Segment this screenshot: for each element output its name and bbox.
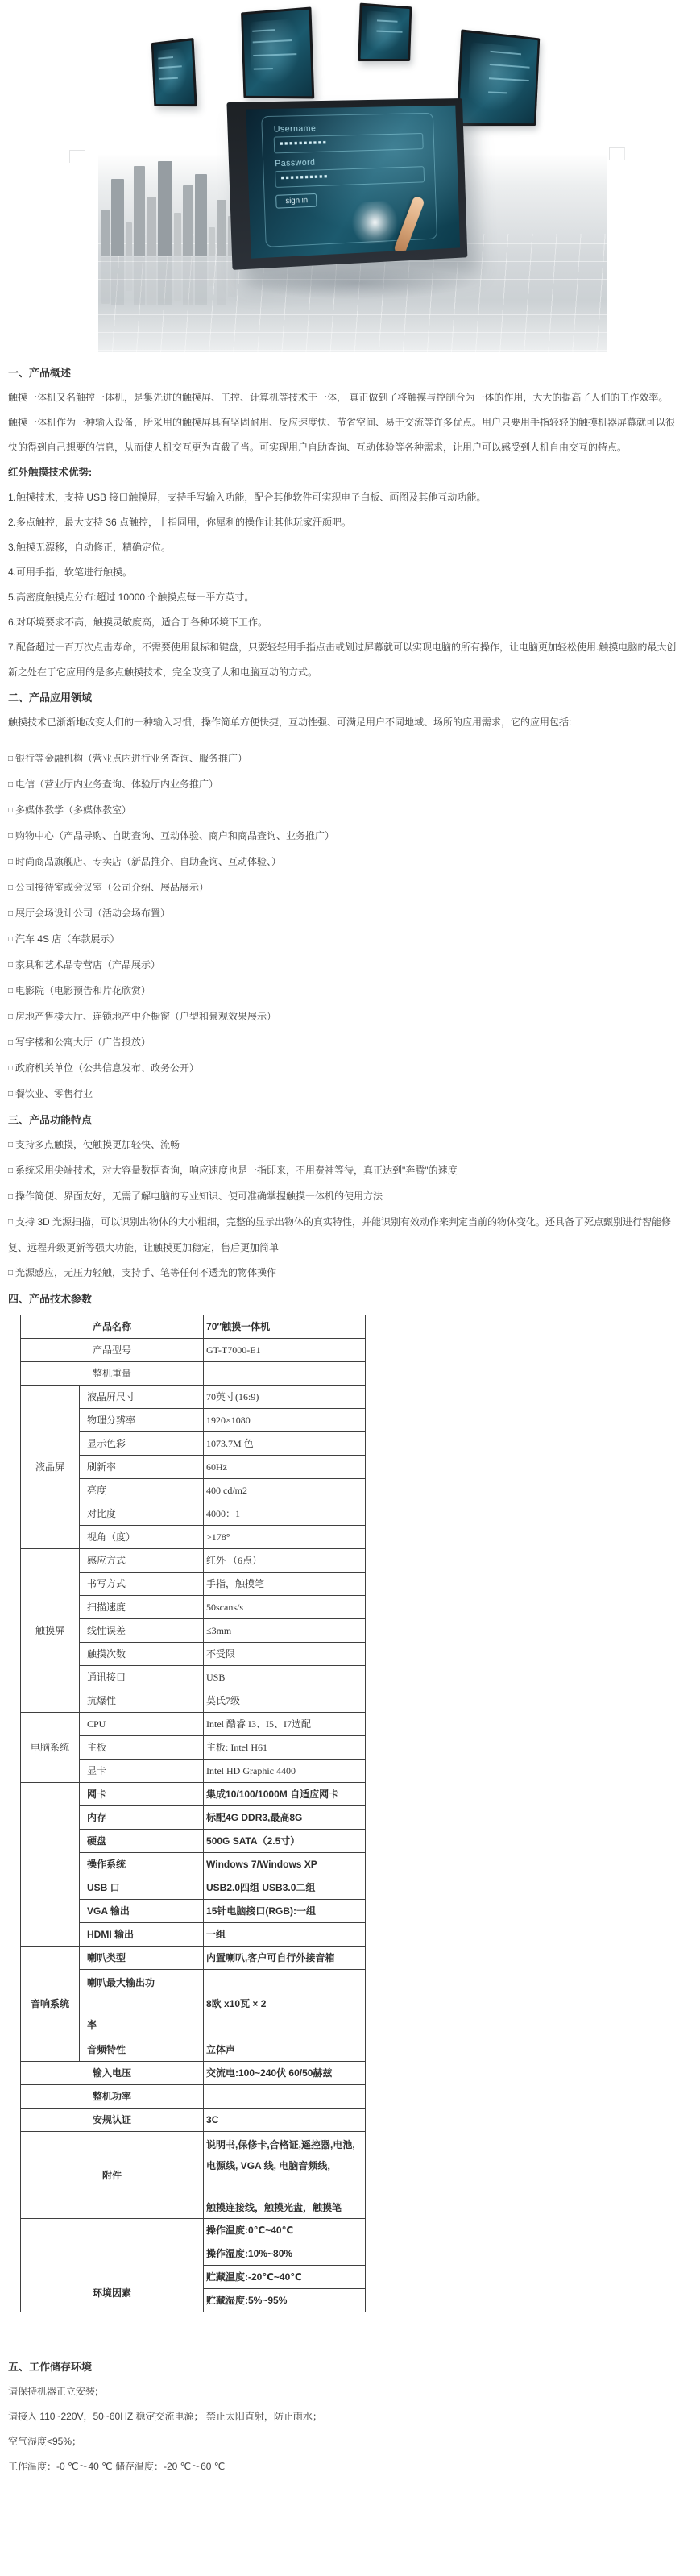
list-item-text: 政府机关单位（公共信息发布、政务公开） xyxy=(15,1062,199,1074)
spec-cell: 8欧 x10瓦 × 2 xyxy=(204,1970,366,2038)
list-item: □支持多点触摸，使触摸更加轻快、流畅 xyxy=(8,1132,677,1158)
spec-cell: 立体声 xyxy=(204,2038,366,2062)
monitor-screen xyxy=(153,40,194,104)
hero-floating-monitor-2 xyxy=(241,6,314,98)
square-bullet-icon: □ xyxy=(8,850,13,875)
spec-cell xyxy=(204,1362,366,1386)
spec-cell: 通讯接口 xyxy=(80,1666,204,1689)
table-row: 附件说明书,保修卡,合格证,遥控器,电池,电源线, VGA 线, 电脑音频线， … xyxy=(21,2132,366,2219)
spec-cell: 贮藏温度:-20℃~40℃ xyxy=(204,2266,366,2289)
list-item-text: 系统采用尖端技术，对大容量数据查询，响应速度也是一指即来，不用费神等待，真正达到… xyxy=(15,1165,458,1176)
list-item-text: 光源感应，无压力轻触，支持手、笔等任何不透光的物体操作 xyxy=(15,1267,276,1278)
list-item-text: 餐饮业、零售行业 xyxy=(15,1088,93,1099)
hero-floating-monitor-4 xyxy=(456,29,540,126)
hero-image: Username ■■■■■■■■■■ Password ■■■■■■■■■■ … xyxy=(0,0,700,352)
spec-cell: 音频特性 xyxy=(80,2038,204,2062)
spec-cell: CPU xyxy=(80,1713,204,1736)
list-item-text: 购物中心（产品导购、自助查询、互动体验、商户和商品查询、业务推广） xyxy=(15,830,334,841)
list-item: □电信（营业厅内业务查询、体验厅内业务推广） xyxy=(8,772,677,798)
city-skyline-reflection xyxy=(101,257,238,305)
hero-floating-monitor-1 xyxy=(151,38,197,106)
list-item-text: 写字楼和公寓大厅（广告投放） xyxy=(15,1037,151,1048)
list-item: □公司接待室或会议室（公司介绍、展品展示） xyxy=(8,875,677,901)
spec-cell: 红外 （6点） xyxy=(204,1549,366,1573)
spec-cell: 环境因素 xyxy=(21,2219,204,2312)
spec-cell: 产品型号 xyxy=(21,1339,204,1362)
list-item-text: 公司接待室或会议室（公司介绍、展品展示） xyxy=(15,882,209,893)
list-item: □银行等金融机构（营业点内进行业务查询、服务推广） xyxy=(8,746,677,772)
spec-cell: 3C xyxy=(204,2109,366,2132)
list-item: 5.高密度触摸点分布:超过 10000 个触摸点每一平方英寸。 xyxy=(8,585,677,610)
spec-cell: USB xyxy=(204,1666,366,1689)
square-bullet-icon: □ xyxy=(8,1261,13,1286)
table-row: 输入电压交流电:100~240伏 60/50赫兹 xyxy=(21,2062,366,2085)
spec-cell: 喇叭类型 xyxy=(80,1947,204,1970)
spec-cell: 莫氏7级 xyxy=(204,1689,366,1713)
hero-main-screen: Username ■■■■■■■■■■ Password ■■■■■■■■■■ … xyxy=(246,106,460,259)
spec-cell: 显卡 xyxy=(80,1760,204,1783)
table-row: 产品型号GT-T7000-E1 xyxy=(21,1339,366,1362)
spec-cell: 70英寸(16:9) xyxy=(204,1386,366,1409)
spec-cell: 对比度 xyxy=(80,1502,204,1526)
spec-cell: 50scans/s xyxy=(204,1596,366,1619)
list-item-text: 电影院（电影预告和片花欣赏） xyxy=(15,985,151,996)
spec-cell: 触摸屏 xyxy=(21,1549,80,1713)
spec-cell: 亮度 xyxy=(80,1479,204,1502)
list-item: □汽车 4S 店（车款展示） xyxy=(8,927,677,953)
sketch-building-right xyxy=(609,147,625,160)
square-bullet-icon: □ xyxy=(8,1184,13,1209)
list-item: 6.对环境要求不高，触摸灵敏度高，适合于各种环境下工作。 xyxy=(8,610,677,635)
spec-cell: VGA 输出 xyxy=(80,1900,204,1923)
signin-button: sign in xyxy=(276,193,317,209)
list-item: □系统采用尖端技术，对大容量数据查询，响应速度也是一指即来，不用费神等待，真正达… xyxy=(8,1158,677,1184)
list-item: □多媒体教学（多媒体教室） xyxy=(8,798,677,824)
square-bullet-icon: □ xyxy=(8,953,13,978)
spec-cell: 安规认证 xyxy=(21,2109,204,2132)
spec-cell: 扫描速度 xyxy=(80,1596,204,1619)
spec-cell: 不受限 xyxy=(204,1643,366,1666)
list-item: □支持 3D 光源扫描，可以识别出物体的大小粗细，完整的显示出物体的真实特性，并… xyxy=(8,1210,677,1261)
list-item-text: 时尚商品旗舰店、专卖店（新品推介、自助查询、互动体验、） xyxy=(15,856,281,867)
touch-glow xyxy=(348,200,402,244)
spec-cell: 视角（度） xyxy=(80,1526,204,1549)
spec-cell: 刷新率 xyxy=(80,1456,204,1479)
table-row: 安规认证3C xyxy=(21,2109,366,2132)
spec-cell: 集成10/100/1000M 自适应网卡 xyxy=(204,1783,366,1806)
spec-cell: Intel 酷睿 I3、I5、I7选配 xyxy=(204,1713,366,1736)
square-bullet-icon: □ xyxy=(8,1132,13,1157)
spec-cell: 液晶屏尺寸 xyxy=(80,1386,204,1409)
hero-floating-monitor-3 xyxy=(358,3,412,61)
list-item: 请接入 110~220V，50~60HZ 稳定交流电源； 禁止太阳直射，防止雨水… xyxy=(8,2404,677,2429)
list-item-text: 操作简便、界面友好，无需了解电脑的专业知识、便可准确掌握触摸一体机的使用方法 xyxy=(15,1190,383,1202)
list-item: 工作温度：-0 ℃～40 ℃ 储存温度：-20 ℃～60 ℃ xyxy=(8,2454,677,2479)
spec-cell: 4000：1 xyxy=(204,1502,366,1526)
spec-cell: Windows 7/Windows XP xyxy=(204,1853,366,1876)
square-bullet-icon: □ xyxy=(8,901,13,926)
password-dots: ■■■■■■■■■■ xyxy=(281,174,329,181)
list-item: 1.触摸技术，支持 USB 接口触摸屏，支持手写输入功能，配合其他软件可实现电子… xyxy=(8,485,677,510)
spec-cell: 70″触摸一体机 xyxy=(204,1315,366,1339)
spec-cell: 输入电压 xyxy=(21,2062,204,2085)
username-field: ■■■■■■■■■■ xyxy=(274,133,424,153)
infrared-advantages-heading: 红外触摸技术优势: xyxy=(8,460,677,485)
spec-cell: 说明书,保修卡,合格证,遥控器,电池,电源线, VGA 线, 电脑音频线， 触摸… xyxy=(204,2132,366,2219)
list-item: □光源感应，无压力轻触，支持手、笔等任何不透光的物体操作 xyxy=(8,1261,677,1286)
spec-cell: 主板: Intel H61 xyxy=(204,1736,366,1760)
monitor-screen xyxy=(360,6,409,59)
square-bullet-icon: □ xyxy=(8,1082,13,1107)
square-bullet-icon: □ xyxy=(8,1158,13,1183)
spec-cell: 60Hz xyxy=(204,1456,366,1479)
square-bullet-icon: □ xyxy=(8,824,13,849)
square-bullet-icon: □ xyxy=(8,798,13,823)
city-skyline xyxy=(101,161,238,256)
table-row: 电脑系统CPUIntel 酷睿 I3、I5、I7选配 xyxy=(21,1713,366,1736)
square-bullet-icon: □ xyxy=(8,875,13,900)
list-item: □房地产售楼大厅、连锁地产中介橱窗（户型和景观效果展示） xyxy=(8,1004,677,1030)
spec-cell: USB 口 xyxy=(80,1876,204,1900)
list-item: □家具和艺术品专营店（产品展示） xyxy=(8,953,677,978)
spec-cell: 整机重量 xyxy=(21,1362,204,1386)
spec-cell: 手指，触摸笔 xyxy=(204,1573,366,1596)
specs-table: 产品名称70″触摸一体机产品型号GT-T7000-E1整机重量液晶屏液晶屏尺寸7… xyxy=(20,1315,366,2312)
spec-cell: 内置喇叭,客户可自行外接音箱 xyxy=(204,1947,366,1970)
spec-cell: 书写方式 xyxy=(80,1573,204,1596)
list-item-text: 支持 3D 光源扫描，可以识别出物体的大小粗细，完整的显示出物体的真实特性，并能… xyxy=(8,1216,671,1253)
spec-cell: 音响系统 xyxy=(21,1947,80,2062)
spec-cell: 一组 xyxy=(204,1923,366,1947)
list-item-text: 电信（营业厅内业务查询、体验厅内业务推广） xyxy=(15,779,218,790)
square-bullet-icon: □ xyxy=(8,927,13,952)
spec-cell xyxy=(21,1783,80,1947)
table-row: 网卡集成10/100/1000M 自适应网卡 xyxy=(21,1783,366,1806)
section-heading-environment: 五、工作储存环境 xyxy=(8,2354,677,2379)
spec-cell: 400 cd/m2 xyxy=(204,1479,366,1502)
spec-cell: Intel HD Graphic 4400 xyxy=(204,1760,366,1783)
list-item-text: 房地产售楼大厅、连锁地产中介橱窗（户型和景观效果展示） xyxy=(15,1011,276,1022)
list-item-text: 家具和艺术品专营店（产品展示） xyxy=(15,959,160,970)
list-item: 4.可用手指，软笔进行触摸。 xyxy=(8,560,677,585)
spec-cell: HDMI 输出 xyxy=(80,1923,204,1947)
section-heading-features: 三、产品功能特点 xyxy=(8,1107,677,1132)
monitor-screen xyxy=(459,32,538,123)
spec-cell: ≤3mm xyxy=(204,1619,366,1643)
environment-lines: 请保持机器正立安装;请接入 110~220V，50~60HZ 稳定交流电源； 禁… xyxy=(8,2379,677,2479)
spec-cell: 标配4G DDR3,最高8G xyxy=(204,1806,366,1830)
spec-cell: 线性误差 xyxy=(80,1619,204,1643)
spec-cell: 电脑系统 xyxy=(21,1713,80,1783)
applications-intro: 触摸技术已渐渐地改变人们的一种输入习惯，操作简单方便快捷，互动性强、可满足用户不… xyxy=(8,710,677,735)
password-dots: ■■■■■■■■■■ xyxy=(280,140,328,147)
list-item: □政府机关单位（公共信息发布、政务公开） xyxy=(8,1056,677,1082)
spec-cell: 感应方式 xyxy=(80,1549,204,1573)
spec-cell: 内存 xyxy=(80,1806,204,1830)
product-document-page: Username ■■■■■■■■■■ Password ■■■■■■■■■■ … xyxy=(0,0,700,2576)
applications-list: □银行等金融机构（营业点内进行业务查询、服务推广）□电信（营业厅内业务查询、体验… xyxy=(8,746,677,1107)
spec-cell: 显示色彩 xyxy=(80,1432,204,1456)
section-heading-specs: 四、产品技术参数 xyxy=(8,1286,677,1311)
spec-cell: 操作温度:0℃~40℃ xyxy=(204,2219,366,2242)
spec-cell: 500G SATA（2.5寸） xyxy=(204,1830,366,1853)
spec-cell: 整机功率 xyxy=(21,2085,204,2109)
list-item: 3.触摸无漂移，自动修正，精确定位。 xyxy=(8,535,677,560)
list-item: □电影院（电影预告和片花欣赏） xyxy=(8,978,677,1004)
list-item: □时尚商品旗舰店、专卖店（新品推介、自助查询、互动体验、） xyxy=(8,850,677,875)
spec-cell: GT-T7000-E1 xyxy=(204,1339,366,1362)
section-heading-overview: 一、产品概述 xyxy=(8,360,677,385)
square-bullet-icon: □ xyxy=(8,772,13,797)
table-row: 整机功率 xyxy=(21,2085,366,2109)
spec-cell: 喇叭最大输出功 率 xyxy=(80,1970,204,2038)
spec-cell: 1920×1080 xyxy=(204,1409,366,1432)
infrared-advantages-list: 1.触摸技术，支持 USB 接口触摸屏，支持手写输入功能，配合其他软件可实现电子… xyxy=(8,485,677,685)
table-row: 环境因素操作温度:0℃~40℃ xyxy=(21,2219,366,2242)
spec-cell: 操作湿度:10%~80% xyxy=(204,2242,366,2266)
spec-cell: 主板 xyxy=(80,1736,204,1760)
square-bullet-icon: □ xyxy=(8,1004,13,1029)
overview-paragraph-2: 触摸一体机作为一种输入设备，所采用的触摸屏具有坚固耐用、反应速度快、节省空间、易… xyxy=(8,410,677,460)
spec-cell: USB2.0四组 USB3.0二组 xyxy=(204,1876,366,1900)
list-item: 7.配备超过一百万次点击寿命，不需要使用鼠标和键盘，只要轻轻用手指点击或划过屏幕… xyxy=(8,635,677,685)
square-bullet-icon: □ xyxy=(8,1056,13,1081)
square-bullet-icon: □ xyxy=(8,746,13,771)
list-item-text: 银行等金融机构（营业点内进行业务查询、服务推广） xyxy=(15,753,247,764)
list-item: □写字楼和公寓大厅（广告投放） xyxy=(8,1030,677,1056)
username-label: Username xyxy=(274,122,424,135)
list-item: □展厅会场设计公司（活动会场布置） xyxy=(8,901,677,927)
monitor-reflection xyxy=(242,266,475,300)
sketch-building-left xyxy=(69,150,85,163)
table-row: 产品名称70″触摸一体机 xyxy=(21,1315,366,1339)
spec-cell: 抗爆性 xyxy=(80,1689,204,1713)
list-item: □操作简便、界面友好，无需了解电脑的专业知识、便可准确掌握触摸一体机的使用方法 xyxy=(8,1184,677,1210)
features-list: □支持多点触摸，使触摸更加轻快、流畅□系统采用尖端技术，对大容量数据查询，响应速… xyxy=(8,1132,677,1286)
specs-table-body: 产品名称70″触摸一体机产品型号GT-T7000-E1整机重量液晶屏液晶屏尺寸7… xyxy=(21,1315,366,2312)
spec-cell: 硬盘 xyxy=(80,1830,204,1853)
list-item: □购物中心（产品导购、自助查询、互动体验、商户和商品查询、业务推广） xyxy=(8,824,677,850)
spec-cell: 操作系统 xyxy=(80,1853,204,1876)
table-row: 音响系统喇叭类型内置喇叭,客户可自行外接音箱 xyxy=(21,1947,366,1970)
spec-cell: 交流电:100~240伏 60/50赫兹 xyxy=(204,2062,366,2085)
list-item-text: 展厅会场设计公司（活动会场布置） xyxy=(15,908,170,919)
list-item-text: 汽车 4S 店（车款展示） xyxy=(15,933,119,945)
list-item-text: 多媒体教学（多媒体教室） xyxy=(15,804,131,816)
square-bullet-icon: □ xyxy=(8,1210,13,1235)
spec-cell: 15针电脑接口(RGB):一组 xyxy=(204,1900,366,1923)
spec-cell: >178° xyxy=(204,1526,366,1549)
spec-cell: 产品名称 xyxy=(21,1315,204,1339)
list-item: 请保持机器正立安装; xyxy=(8,2379,677,2404)
spec-cell: 1073.7M 色 xyxy=(204,1432,366,1456)
hero-main-monitor: Username ■■■■■■■■■■ Password ■■■■■■■■■■ … xyxy=(226,98,467,270)
list-item-text: 支持多点触摸，使触摸更加轻快、流畅 xyxy=(15,1139,180,1150)
monitor-screen xyxy=(243,10,312,97)
list-item: 空气湿度<95%； xyxy=(8,2429,677,2454)
table-row: 整机重量 xyxy=(21,1362,366,1386)
table-row: 触摸屏感应方式红外 （6点） xyxy=(21,1549,366,1573)
square-bullet-icon: □ xyxy=(8,1030,13,1055)
spec-cell: 液晶屏 xyxy=(21,1386,80,1549)
document-body: 一、产品概述 触摸一体机又名触控一体机，是集先进的触摸屏、工控、计算机等技术于一… xyxy=(0,352,700,2479)
spec-cell: 网卡 xyxy=(80,1783,204,1806)
spec-cell: 触摸次数 xyxy=(80,1643,204,1666)
table-row: 液晶屏液晶屏尺寸70英寸(16:9) xyxy=(21,1386,366,1409)
spec-cell: 贮藏湿度:5%~95% xyxy=(204,2289,366,2312)
spec-cell: 附件 xyxy=(21,2132,204,2219)
section-heading-applications: 二、产品应用领域 xyxy=(8,685,677,710)
overview-paragraph-1: 触摸一体机又名触控一体机，是集先进的触摸屏、工控、计算机等技术于一体， 真正做到… xyxy=(8,385,677,410)
spec-cell: 物理分辨率 xyxy=(80,1409,204,1432)
list-item: 2.多点触控，最大支持 36 点触控，十指同用，你犀利的操作让其他玩家汗颜吧。 xyxy=(8,510,677,535)
spec-cell xyxy=(204,2085,366,2109)
list-item: □餐饮业、零售行业 xyxy=(8,1082,677,1107)
square-bullet-icon: □ xyxy=(8,978,13,1003)
password-field: ■■■■■■■■■■ xyxy=(275,166,425,188)
